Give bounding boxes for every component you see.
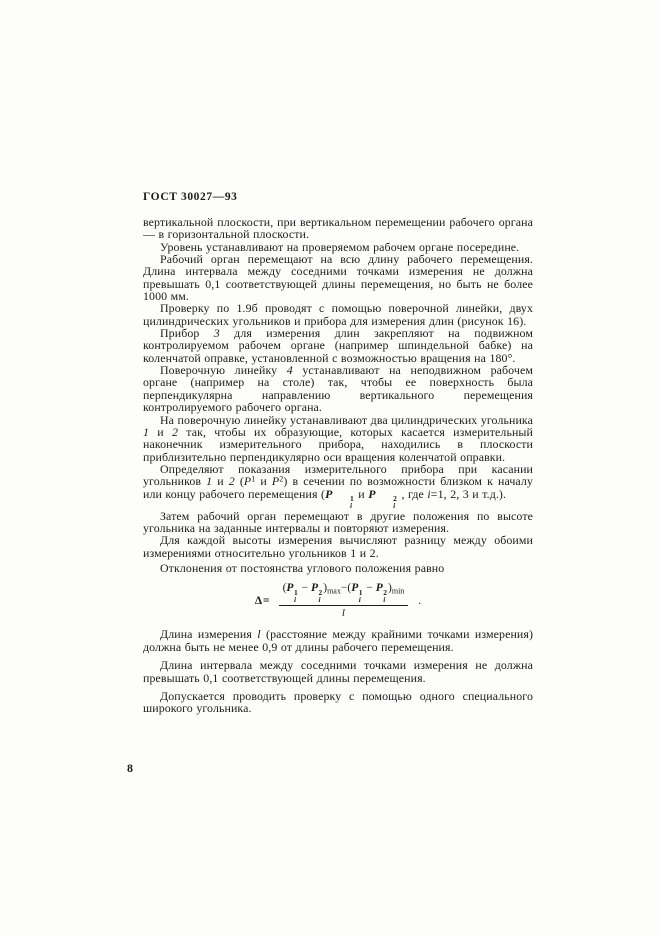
paragraph-readings-determination: Определяют показания измерительного приб… [143,463,533,510]
page-number: 8 [127,761,133,776]
paragraph-squares-setup: На поверочную линейку устанавливают два … [143,414,533,463]
paragraph-interval-length: Длина интервала между соседними точками … [143,659,533,684]
paragraph-deviation-intro: Отклонения от постоянства углового полож… [143,562,533,574]
paragraph-special-square-allowed: Допускается проводить проверку с помощью… [143,690,533,715]
paragraph-repeat-measurements: Затем рабочий орган перемещают в другие … [143,510,533,535]
deviation-formula: Δ= (P1i − P2i)max−(P1i − P2i)min l . [143,582,533,619]
document-page: ГОСТ 30027—93 вертикальной плоскости, пр… [0,0,661,935]
running-header-gost-number: ГОСТ 30027—93 [143,191,238,203]
formula-denominator: l [342,606,345,619]
paragraph-continuation: вертикальной плоскости, при вертикальном… [143,216,533,241]
paragraph-straightedge-4-setup: Поверочную линейку 4 устанавливают на не… [143,364,533,413]
formula-suffix-period: . [418,595,421,607]
paragraph-device-3-mounting: Прибор 3 для измерения длин закрепляют н… [143,327,533,364]
paragraph-measurement-length: Длина измерения l (расстояние между край… [143,628,533,653]
formula-delta-lhs: Δ= [255,595,271,607]
paragraph-working-body-travel: Рабочий орган перемещают на всю длину ра… [143,253,533,302]
formula-fraction: (P1i − P2i)max−(P1i − P2i)min l [279,582,409,619]
paragraph-height-difference: Для каждой высоты измерения вычисляют ра… [143,534,533,559]
paragraph-check-1-9b: Проверку по 1.9б проводят с помощью пове… [143,302,533,327]
formula-numerator: (P1i − P2i)max−(P1i − P2i)min [279,582,409,606]
page-body-text: вертикальной плоскости, при вертикальном… [143,216,533,715]
